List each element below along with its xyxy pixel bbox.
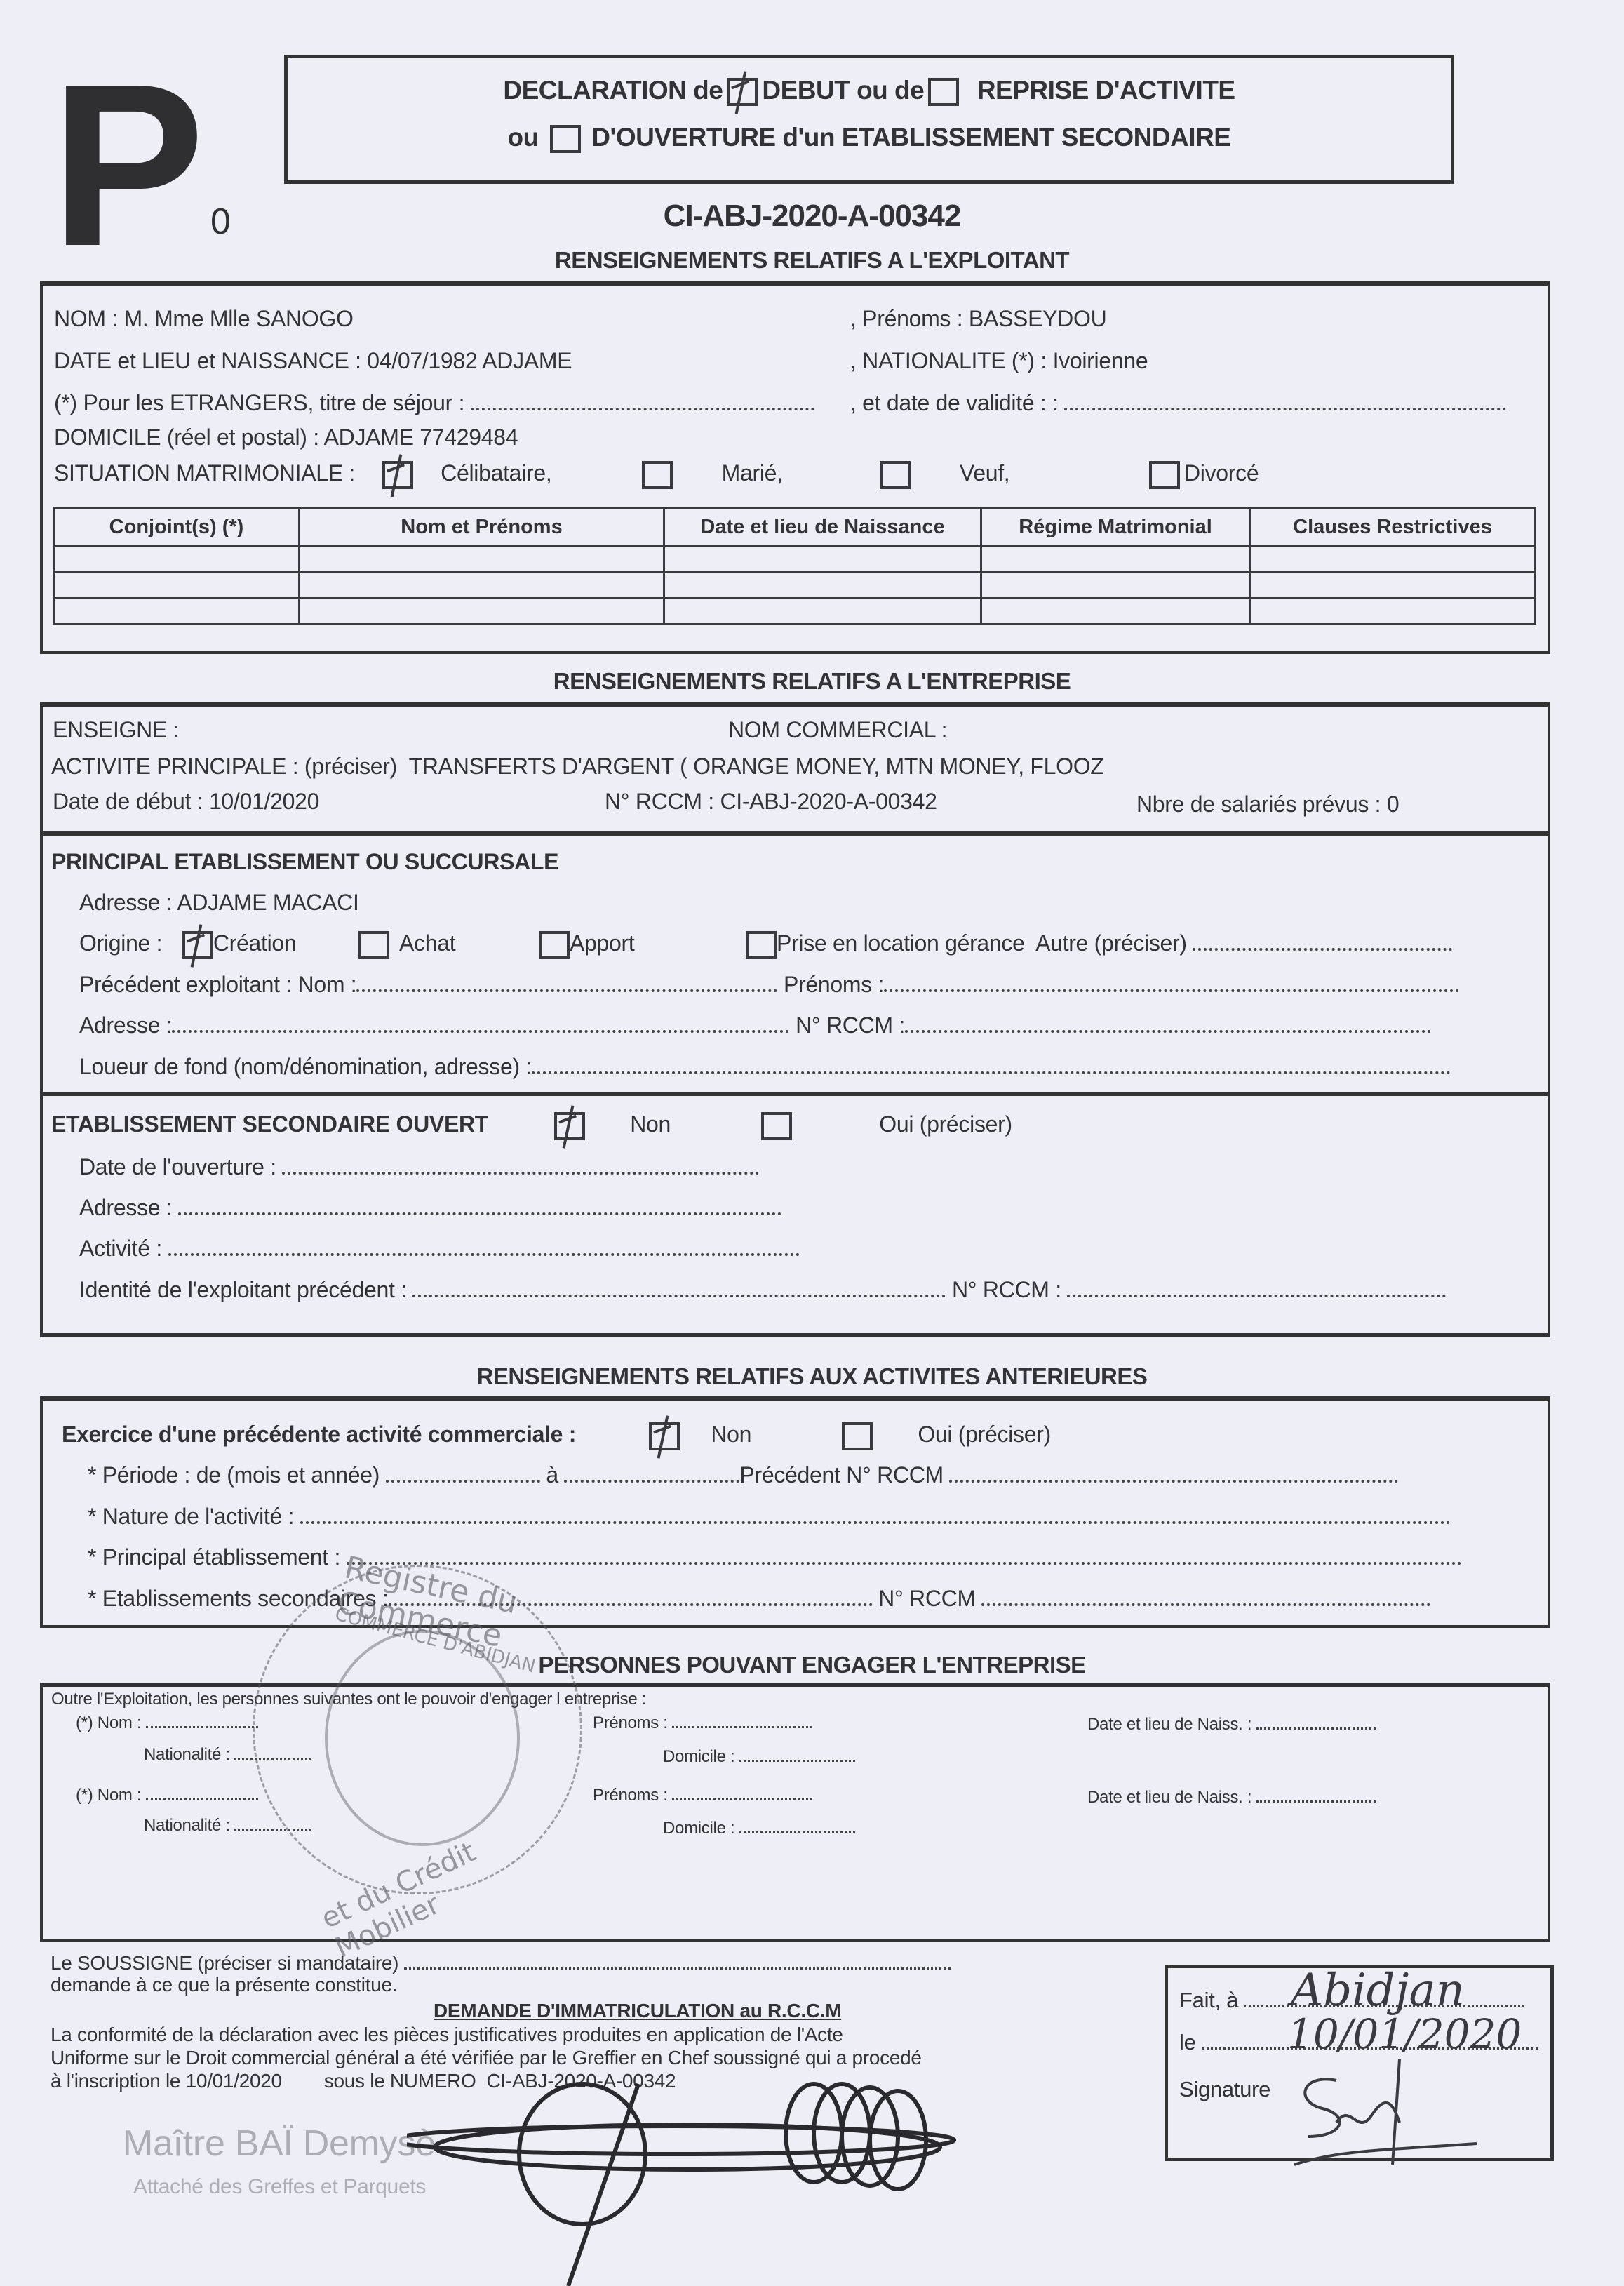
salaries-value[interactable]: 0 <box>1387 791 1400 817</box>
rccm-field: N° RCCM : CI-ABJ-2020-A-00342 <box>605 789 937 815</box>
soussigne-field: Le SOUSSIGNE (préciser si mandataire) <box>51 1952 951 1974</box>
creation-checkbox[interactable] <box>182 931 213 959</box>
veuf-checkbox[interactable] <box>880 461 911 489</box>
fait-value[interactable]: Abidjan <box>1291 1965 1465 2017</box>
conjoints-table: Conjoint(s) (*) Nom et Prénoms Date et l… <box>53 507 1536 625</box>
table-row <box>54 599 1536 624</box>
greffier-name: Maître BAÏ Demysè <box>123 2123 436 2165</box>
marie-checkbox[interactable] <box>642 461 673 489</box>
form-letter: P <box>51 49 205 281</box>
loueur-field: Loueur de fond (nom/dénomination, adress… <box>79 1054 1451 1080</box>
periode-field: * Période : de (mois et année) à Précéde… <box>88 1462 1398 1488</box>
naissance-value[interactable]: 04/07/1982 ADJAME <box>367 348 572 373</box>
prenoms-value[interactable]: BASSEYDOU <box>969 306 1106 331</box>
secondaire-activite-field: Activité : <box>79 1236 800 1262</box>
identite-field: Identité de l'exploitant précédent : N° … <box>79 1277 1446 1303</box>
salaries-field: Nbre de salariés prévus : 0 <box>1136 791 1399 817</box>
conformite-line-1: La conformité de la déclaration avec les… <box>51 2024 843 2046</box>
domicile-field: DOMICILE (réel et postal) : ADJAME 77429… <box>54 425 518 450</box>
titre-sejour-input[interactable] <box>471 391 814 410</box>
divider <box>40 831 1550 836</box>
reprise-checkbox[interactable] <box>928 78 959 106</box>
principal-etablissement-field: * Principal établissement : <box>88 1544 1462 1570</box>
section-title-anterieures: RENSEIGNEMENTS RELATIFS AUX ACTIVITES AN… <box>0 1363 1624 1390</box>
principal-adresse-field: Adresse : ADJAME MACACI <box>79 890 359 916</box>
origine-field: Origine : Création Achat Apport Prise en… <box>79 930 1452 959</box>
secondaires-field: * Etablissements secondaires : N° RCCM <box>88 1586 1430 1612</box>
enseigne-field: ENSEIGNE : <box>53 717 179 743</box>
principal-adresse-value[interactable]: ADJAME MACACI <box>177 890 358 915</box>
secondaire-adresse-field: Adresse : <box>79 1195 781 1221</box>
activite-principale-field: ACTIVITE PRINCIPALE : (préciser) TRANSFE… <box>51 754 1104 780</box>
secondaire-oui-checkbox[interactable] <box>761 1112 792 1140</box>
rccm-value[interactable]: CI-ABJ-2020-A-00342 <box>720 789 937 814</box>
nationalite-field: , NATIONALITE (*) : Ivoirienne <box>850 348 1148 374</box>
personne-1-nom: (*) Nom : <box>76 1713 258 1733</box>
personne-1-prenoms: Prénoms : <box>593 1713 812 1733</box>
domicile-value[interactable]: ADJAME 77429484 <box>324 425 518 450</box>
personne-1-domicile: Domicile : <box>663 1747 855 1767</box>
personne-2-nom: (*) Nom : <box>76 1786 258 1805</box>
exercice-field: Exercice d'une précédente activité comme… <box>62 1422 1051 1450</box>
nom-field: NOM : M. Mme Mlle SANOGO <box>54 306 354 332</box>
greffier-title: Attaché des Greffes et Parquets <box>133 2175 426 2199</box>
secondaire-non-checkbox[interactable] <box>554 1112 585 1140</box>
signature-box: Fait, à Abidjan le 10/01/2020 Signature <box>1165 1965 1554 2161</box>
greffier-signature-icon <box>407 2077 1024 2286</box>
activite-value[interactable]: TRANSFERTS D'ARGENT ( ORANGE MONEY, MTN … <box>409 754 1104 779</box>
conjoints-header-row: Conjoint(s) (*) Nom et Prénoms Date et l… <box>54 508 1536 547</box>
constitue-text: demande à ce que la présente constitue. <box>51 1974 397 1996</box>
nationalite-value[interactable]: Ivoirienne <box>1053 348 1148 373</box>
exercice-non-checkbox[interactable] <box>649 1422 680 1450</box>
table-row <box>54 547 1536 573</box>
precedent-adresse-field: Adresse : N° RCCM : <box>79 1012 1431 1038</box>
achat-checkbox[interactable] <box>358 931 389 959</box>
debut-checkbox[interactable] <box>727 78 758 106</box>
location-gerance-checkbox[interactable] <box>746 931 777 959</box>
autre-input[interactable] <box>1193 931 1452 951</box>
personne-2-prenoms: Prénoms : <box>593 1786 812 1805</box>
section-title-personnes: PERSONNES POUVANT ENGAGER L'ENTREPRISE <box>0 1652 1624 1678</box>
nom-value[interactable]: SANOGO <box>256 306 354 331</box>
ouverture-checkbox[interactable] <box>550 125 581 153</box>
signature-label: Signature <box>1179 2077 1270 2102</box>
principal-title: PRINCIPAL ETABLISSEMENT OU SUCCURSALE <box>51 849 558 875</box>
applicant-signature-icon[interactable] <box>1294 2059 1505 2186</box>
demande-title: DEMANDE D'IMMATRICULATION au R.C.C.M <box>434 2000 841 2022</box>
conformite-line-2: Uniforme sur le Droit commercial général… <box>51 2047 922 2069</box>
table-row <box>54 573 1536 599</box>
apport-checkbox[interactable] <box>539 931 570 959</box>
precedent-nom-field: Précédent exploitant : Nom : Prénoms : <box>79 972 1459 998</box>
personne-2-domicile: Domicile : <box>663 1819 855 1838</box>
naissance-field: DATE et LIEU et NAISSANCE : 04/07/1982 A… <box>54 348 572 374</box>
nom-commercial-field: NOM COMMERCIAL : <box>728 717 947 743</box>
divorce-checkbox[interactable] <box>1149 461 1180 489</box>
date-debut-field: Date de début : 10/01/2020 <box>53 789 319 815</box>
validite-field: , et date de validité : : <box>850 390 1506 416</box>
section-title-exploitant: RENSEIGNEMENTS RELATIFS A L'EXPLOITANT <box>0 247 1624 274</box>
registry-stamp: Registre du Commerce et du Crédit Mobili… <box>253 1565 582 1894</box>
personne-1-naiss: Date et lieu de Naiss. : <box>1087 1715 1376 1734</box>
personne-2-naiss: Date et lieu de Naiss. : <box>1087 1788 1376 1807</box>
reference-number: CI-ABJ-2020-A-00342 <box>0 199 1624 234</box>
etrangers-field: (*) Pour les ETRANGERS, titre de séjour … <box>54 390 814 416</box>
divider <box>40 1333 1550 1337</box>
exercice-oui-checkbox[interactable] <box>842 1422 873 1450</box>
declaration-line-2: ou D'OUVERTURE d'un ETABLISSEMENT SECOND… <box>288 123 1451 153</box>
date-debut-value[interactable]: 10/01/2020 <box>209 789 319 814</box>
prenoms-field: , Prénoms : BASSEYDOU <box>850 306 1106 332</box>
declaration-line-1: DECLARATION deDEBUT ou de REPRISE D'ACTI… <box>288 76 1451 106</box>
divider <box>40 1092 1550 1096</box>
secondaire-title: ETABLISSEMENT SECONDAIRE OUVERT Non Oui … <box>51 1111 1012 1140</box>
situation-field: SITUATION MATRIMONIALE : Célibataire, Ma… <box>54 460 1259 489</box>
nature-field: * Nature de l'activité : <box>88 1504 1451 1530</box>
section-title-entreprise: RENSEIGNEMENTS RELATIFS A L'ENTREPRISE <box>0 668 1624 695</box>
celibataire-checkbox[interactable] <box>382 461 413 489</box>
validite-input[interactable] <box>1064 391 1506 410</box>
ouverture-date-field: Date de l'ouverture : <box>79 1154 759 1180</box>
declaration-box: DECLARATION deDEBUT ou de REPRISE D'ACTI… <box>284 55 1454 184</box>
le-value[interactable]: 10/01/2020 <box>1287 2010 1522 2058</box>
